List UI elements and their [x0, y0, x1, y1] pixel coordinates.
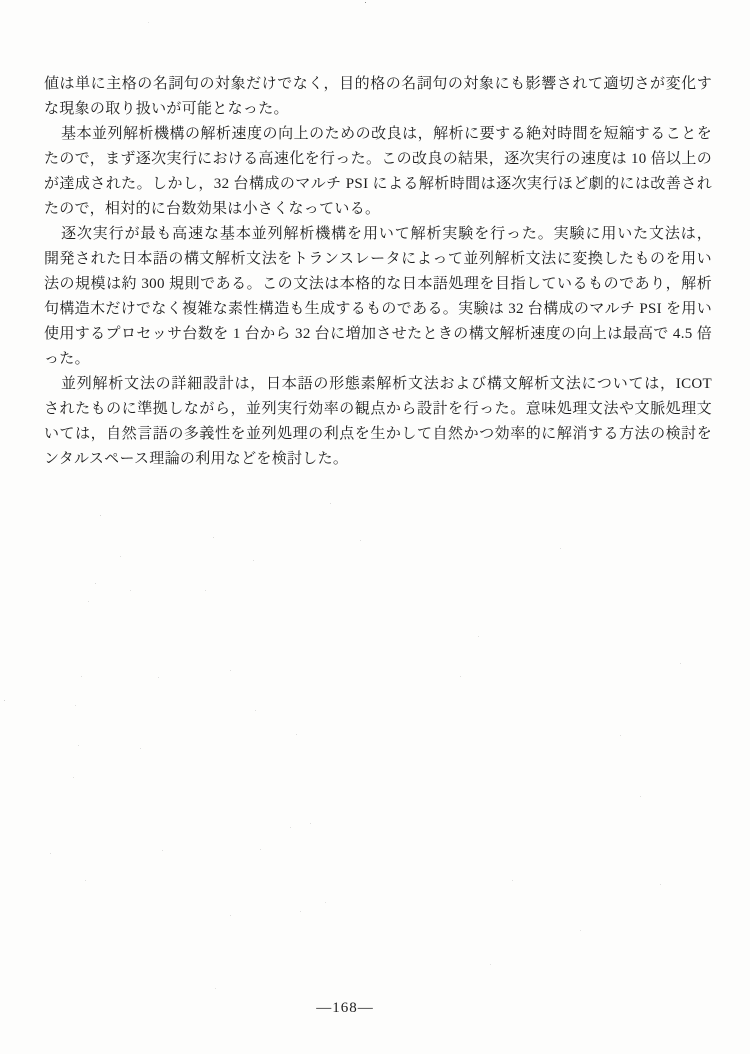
text-line: が達成された。しかし，32 台構成のマルチ PSI による解析時間は逐次実行ほど… — [44, 172, 712, 197]
page-number: —168— — [314, 1000, 376, 1017]
text-line: 逐次実行が最も高速な基本並列解析機構を用いて解析実験を行った。実験に用いた文法は… — [44, 222, 712, 247]
text-line: たので，相対的に台数効果は小さくなっている。 — [44, 197, 712, 222]
paragraph-1: 値は単に主格の名詞句の対象だけでなく，目的格の名詞句の対象にも影響されて適切さが… — [44, 72, 712, 122]
paragraph-4: 並列解析文法の詳細設計は，日本語の形態素解析文法および構文解析文法については，I… — [44, 372, 712, 472]
text-line: 法の規模は約 300 規則である。この文法は本格的な日本語処理を目指しているもの… — [44, 272, 712, 297]
text-line: 開発された日本語の構文解析文法をトランスレータによって並列解析文法に変換したもの… — [44, 247, 712, 272]
text-line: 句構造木だけでなく複雑な素性構造も生成するものである。実験は 32 台構成のマル… — [44, 297, 712, 322]
text-line: 使用するプロセッサ台数を 1 台から 32 台に増加させたときの構文解析速度の向… — [44, 322, 712, 347]
text-line: ンタルスペース理論の利用などを検討した。 — [44, 447, 712, 472]
paragraph-2: 基本並列解析機構の解析速度の向上のための改良は，解析に要する絶対時間を短縮するこ… — [44, 122, 712, 222]
scan-noise-speckles — [0, 0, 1, 1]
paragraph-3: 逐次実行が最も高速な基本並列解析機構を用いて解析実験を行った。実験に用いた文法は… — [44, 222, 712, 372]
text-line: たので，まず逐次実行における高速化を行った。この改良の結果，逐次実行の速度は 1… — [44, 147, 712, 172]
text-line: 並列解析文法の詳細設計は，日本語の形態素解析文法および構文解析文法については，I… — [44, 372, 712, 397]
scanned-page: 値は単に主格の名詞句の対象だけでなく，目的格の名詞句の対象にも影響されて適切さが… — [0, 0, 750, 1054]
text-line: な現象の取り扱いが可能となった。 — [44, 97, 712, 122]
text-line: されたものに準拠しながら，並列実行効率の観点から設計を行った。意味処理文法や文脈… — [44, 397, 712, 422]
text-line: 基本並列解析機構の解析速度の向上のための改良は，解析に要する絶対時間を短縮するこ… — [44, 122, 712, 147]
body-text: 値は単に主格の名詞句の対象だけでなく，目的格の名詞句の対象にも影響されて適切さが… — [44, 72, 712, 472]
text-line: った。 — [44, 347, 712, 372]
text-line: 値は単に主格の名詞句の対象だけでなく，目的格の名詞句の対象にも影響されて適切さが… — [44, 72, 712, 97]
text-line: いては，自然言語の多義性を並列処理の利点を生かして自然かつ効率的に解消する方法の… — [44, 422, 712, 447]
